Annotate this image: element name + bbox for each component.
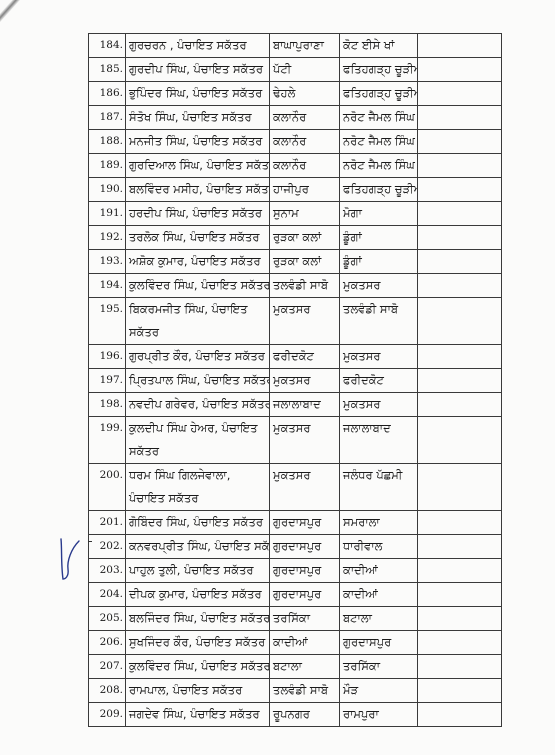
serial-number: 190. — [89, 178, 126, 202]
table-row: 206.ਸੁਖਜਿੰਦਰ ਕੌਰ, ਪੰਚਾਇਤ ਸਕੱਤਰਕਾਦੀਆਂਗੁਰਦ… — [89, 631, 502, 655]
name-designation: ਤਰਲੋਕ ਸਿੰਘ, ਪੰਚਾਇਤ ਸਕੱਤਰ — [126, 226, 270, 250]
table-row: 185.ਗੁਰਦੀਪ ਸਿੰਘ, ਪੰਚਾਇਤ ਸਕੱਤਰਪੱਟੀਫਤਿਹਗੜ੍… — [89, 58, 502, 82]
from-station: ਮੁਕਤਸਰ — [270, 464, 340, 511]
serial-number: 189. — [89, 154, 126, 178]
remarks-cell — [418, 130, 502, 154]
remarks-cell — [418, 464, 502, 511]
name-designation: ਕਨਵਰਪ੍ਰੀਤ ਸਿੰਘ, ਪੰਚਾਇਤ ਸਕੱਤਰ — [126, 535, 270, 559]
serial-number: 195. — [89, 298, 126, 345]
table-row: 189.ਗੁਰਦਿਆਲ ਸਿੰਘ, ਪੰਚਾਇਤ ਸਕੱਤਰਕਲਾਨੌਰਨਰੋਟ… — [89, 154, 502, 178]
table-row: 199.ਕੁਲਦੀਪ ਸਿੰਘ ਹੇਅਰ, ਪੰਚਾਇਤ ਸਕੱਤਰਮੁਕਤਸਰ… — [89, 417, 502, 464]
serial-number: 196. — [89, 345, 126, 369]
from-station: ਗੁਰਦਾਸਪੁਰ — [270, 535, 340, 559]
name-designation: ਪਾਹੁਲ ਤੁਲੀ, ਪੰਚਾਇਤ ਸਕੱਤਰ — [126, 559, 270, 583]
name-designation: ਕੁਲਦੀਪ ਸਿੰਘ ਹੇਅਰ, ਪੰਚਾਇਤ ਸਕੱਤਰ — [126, 417, 270, 464]
from-station: ਰੂਪਨਗਰ — [270, 703, 340, 727]
remarks-cell — [418, 202, 502, 226]
serial-number: 208. — [89, 679, 126, 703]
from-station: ਰੁੜਕਾ ਕਲਾਂ — [270, 226, 340, 250]
transfer-list-table: 184.ਗੁਰਚਰਨ , ਪੰਚਾਇਤ ਸਕੱਤਰਬਾਘਾਪੁਰਾਣਾਕੋਟ ਈ… — [88, 33, 502, 727]
table-row: 193.ਅਸ਼ੋਕ ਕੁਮਾਰ, ਪੰਚਾਇਤ ਸਕੱਤਰਰੁੜਕਾ ਕਲਾਂਡ… — [89, 250, 502, 274]
table-row: 188.ਮਨਜੀਤ ਸਿੰਘ, ਪੰਚਾਇਤ ਸਕੱਤਰਕਲਾਨੌਰਨਰੋਟ ਜ… — [89, 130, 502, 154]
name-designation: ਸੰਤੋਖ ਸਿੰਘ, ਪੰਚਾਇਤ ਸਕੱਤਰ — [126, 106, 270, 130]
to-station: ਜਲਾਲਾਬਾਦ — [340, 417, 418, 464]
table-row: 203.ਪਾਹੁਲ ਤੁਲੀ, ਪੰਚਾਇਤ ਸਕੱਤਰਗੁਰਦਾਸਪੁਰਕਾਦ… — [89, 559, 502, 583]
from-station: ਰੁੜਕਾ ਕਲਾਂ — [270, 250, 340, 274]
serial-number: 185. — [89, 58, 126, 82]
remarks-cell — [418, 369, 502, 393]
serial-number: 192. — [89, 226, 126, 250]
remarks-cell — [418, 106, 502, 130]
remarks-cell — [418, 34, 502, 58]
to-station: ਫਤਿਹਗੜ੍ਹ ਚੂੜੀਆਂ — [340, 82, 418, 106]
serial-number: 187. — [89, 106, 126, 130]
table-row: 200.ਧਰਮ ਸਿੰਘ ਗਿਲਜੇਵਾਲਾ, ਪੰਚਾਇਤ ਸਕੱਤਰਮੁਕਤ… — [89, 464, 502, 511]
margin-tick-mark — [88, 541, 92, 542]
remarks-cell — [418, 393, 502, 417]
from-station: ਬਟਾਲਾ — [270, 655, 340, 679]
name-designation: ਜਗਦੇਵ ਸਿੰਘ, ਪੰਚਾਇਤ ਸਕੱਤਰ — [126, 703, 270, 727]
name-designation: ਗੁਰਦੀਪ ਸਿੰਘ, ਪੰਚਾਇਤ ਸਕੱਤਰ — [126, 58, 270, 82]
to-station: ਮੁਕਤਸਰ — [340, 274, 418, 298]
serial-number: 193. — [89, 250, 126, 274]
to-station: ਫਤਿਹਗੜ੍ਹ ਚੂੜੀਆਂ — [340, 58, 418, 82]
serial-number: 203. — [89, 559, 126, 583]
to-station: ਨਰੋਟ ਜੈਮਲ ਸਿੰਘ — [340, 106, 418, 130]
name-designation: ਅਸ਼ੋਕ ਕੁਮਾਰ, ਪੰਚਾਇਤ ਸਕੱਤਰ — [126, 250, 270, 274]
name-designation: ਗੁਰਦਿਆਲ ਸਿੰਘ, ਪੰਚਾਇਤ ਸਕੱਤਰ — [126, 154, 270, 178]
paper-fold-shadow — [0, 0, 34, 140]
remarks-cell — [418, 154, 502, 178]
table-row: 202.ਕਨਵਰਪ੍ਰੀਤ ਸਿੰਘ, ਪੰਚਾਇਤ ਸਕੱਤਰਗੁਰਦਾਸਪੁ… — [89, 535, 502, 559]
serial-number: 197. — [89, 369, 126, 393]
remarks-cell — [418, 345, 502, 369]
name-designation: ਬਲਜਿੰਦਰ ਸਿੰਘ, ਪੰਚਾਇਤ ਸਕੱਤਰ — [126, 607, 270, 631]
serial-number: 200. — [89, 464, 126, 511]
to-station: ਡੂੰਗਾਂ — [340, 226, 418, 250]
from-station: ਹਾਜੀਪੁਰ — [270, 178, 340, 202]
to-station: ਨਰੋਟ ਜੈਮਲ ਸਿੰਘ — [340, 154, 418, 178]
to-station: ਤਰਸਿੱਕਾ — [340, 655, 418, 679]
table-row: 205.ਬਲਜਿੰਦਰ ਸਿੰਘ, ਪੰਚਾਇਤ ਸਕੱਤਰਤਰਸਿੱਕਾਬਟਾ… — [89, 607, 502, 631]
to-station: ਗੁਰਦਾਸਪੁਰ — [340, 631, 418, 655]
remarks-cell — [418, 298, 502, 345]
serial-number: 199. — [89, 417, 126, 464]
remarks-cell — [418, 58, 502, 82]
remarks-cell — [418, 631, 502, 655]
table-row: 190.ਬਲਵਿੰਦਰ ਮਸੀਹ, ਪੰਚਾਇਤ ਸਕੱਤਰਹਾਜੀਪੁਰਫਤਿ… — [89, 178, 502, 202]
name-designation: ਧਰਮ ਸਿੰਘ ਗਿਲਜੇਵਾਲਾ, ਪੰਚਾਇਤ ਸਕੱਤਰ — [126, 464, 270, 511]
serial-number: 207. — [89, 655, 126, 679]
table-row: 196.ਗੁਰਪ੍ਰੀਤ ਕੌਰ, ਪੰਚਾਇਤ ਸਕੱਤਰਫਰੀਦਕੋਟਮੁਕ… — [89, 345, 502, 369]
serial-number: 184. — [89, 34, 126, 58]
name-designation: ਗੁਰਪ੍ਰੀਤ ਕੌਰ, ਪੰਚਾਇਤ ਸਕੱਤਰ — [126, 345, 270, 369]
remarks-cell — [418, 679, 502, 703]
remarks-cell — [418, 417, 502, 464]
name-designation: ਦੀਪਕ ਕੁਮਾਰ, ਪੰਚਾਇਤ ਸਕੱਤਰ — [126, 583, 270, 607]
serial-number: 198. — [89, 393, 126, 417]
table-row: 192.ਤਰਲੋਕ ਸਿੰਘ, ਪੰਚਾਇਤ ਸਕੱਤਰਰੁੜਕਾ ਕਲਾਂਡੂ… — [89, 226, 502, 250]
to-station: ਜਲੰਧਰ ਪੱਛਮੀ — [340, 464, 418, 511]
from-station: ਮੁਕਤਸਰ — [270, 417, 340, 464]
to-station: ਤਲਵੰਡੀ ਸਾਬੋ — [340, 298, 418, 345]
remarks-cell — [418, 178, 502, 202]
remarks-cell — [418, 250, 502, 274]
remarks-cell — [418, 703, 502, 727]
remarks-cell — [418, 226, 502, 250]
serial-number: 188. — [89, 130, 126, 154]
remarks-cell — [418, 655, 502, 679]
to-station: ਕੋਟ ਈਸੇ ਖਾਂ — [340, 34, 418, 58]
serial-number: 204. — [89, 583, 126, 607]
table-row: 201.ਗੋਬਿੰਦਰ ਸਿੰਘ, ਪੰਚਾਇਤ ਸਕੱਤਰਗੁਰਦਾਸਪੁਰਸ… — [89, 511, 502, 535]
remarks-cell — [418, 607, 502, 631]
name-designation: ਰਾਮਪਾਲ, ਪੰਚਾਇਤ ਸਕੱਤਰ — [126, 679, 270, 703]
to-station: ਕਾਦੀਆਂ — [340, 559, 418, 583]
from-station: ਤਲਵੰਡੀ ਸਾਬੋ — [270, 274, 340, 298]
to-station: ਬਟਾਲਾ — [340, 607, 418, 631]
to-station: ਮੁਕਤਸਰ — [340, 393, 418, 417]
name-designation: ਨਵਦੀਪ ਗਰੇਵਰ, ਪੰਚਾਇਤ ਸਕੱਤਰ — [126, 393, 270, 417]
from-station: ਤਲਵੰਡੀ ਸਾਬੋ — [270, 679, 340, 703]
table-row: 195.ਬਿਕਰਮਜੀਤ ਸਿੰਘ, ਪੰਚਾਇਤ ਸਕੱਤਰਮੁਕਤਸਰਤਲਵ… — [89, 298, 502, 345]
from-station: ਕਾਦੀਆਂ — [270, 631, 340, 655]
name-designation: ਭੁਪਿੰਦਰ ਸਿੰਘ, ਪੰਚਾਇਤ ਸਕੱਤਰ — [126, 82, 270, 106]
table-row: 209.ਜਗਦੇਵ ਸਿੰਘ, ਪੰਚਾਇਤ ਸਕੱਤਰਰੂਪਨਗਰਰਾਮਪੁਰ… — [89, 703, 502, 727]
serial-number: 201. — [89, 511, 126, 535]
table-row: 184.ਗੁਰਚਰਨ , ਪੰਚਾਇਤ ਸਕੱਤਰਬਾਘਾਪੁਰਾਣਾਕੋਟ ਈ… — [89, 34, 502, 58]
table-row: 197.ਪ੍ਰਿਤਪਾਲ ਸਿੰਘ, ਪੰਚਾਇਤ ਸਕੱਤਰਮੁਕਤਸਰਫਰੀ… — [89, 369, 502, 393]
name-designation: ਕੁਲਵਿੰਦਰ ਸਿੰਘ, ਪੰਚਾਇਤ ਸਕੱਤਰ — [126, 274, 270, 298]
from-station: ਗੁਰਦਾਸਪੁਰ — [270, 559, 340, 583]
from-station: ਸੁਨਾਮ — [270, 202, 340, 226]
name-designation: ਗੁਰਚਰਨ , ਪੰਚਾਇਤ ਸਕੱਤਰ — [126, 34, 270, 58]
name-designation: ਪ੍ਰਿਤਪਾਲ ਸਿੰਘ, ਪੰਚਾਇਤ ਸਕੱਤਰ — [126, 369, 270, 393]
table-row: 208.ਰਾਮਪਾਲ, ਪੰਚਾਇਤ ਸਕੱਤਰਤਲਵੰਡੀ ਸਾਬੋਮੌੜ — [89, 679, 502, 703]
from-station: ਪੱਟੀ — [270, 58, 340, 82]
to-station: ਧਾਰੀਵਾਲ — [340, 535, 418, 559]
from-station: ਫਰੀਦਕੋਟ — [270, 345, 340, 369]
table-row: 186.ਭੁਪਿੰਦਰ ਸਿੰਘ, ਪੰਚਾਇਤ ਸਕੱਤਰਢੇਹਲੇਫਤਿਹਗ… — [89, 82, 502, 106]
serial-number: 186. — [89, 82, 126, 106]
from-station: ਮੁਕਤਸਰ — [270, 298, 340, 345]
name-designation: ਬਿਕਰਮਜੀਤ ਸਿੰਘ, ਪੰਚਾਇਤ ਸਕੱਤਰ — [126, 298, 270, 345]
to-station: ਰਾਮਪੁਰਾ — [340, 703, 418, 727]
from-station: ਕਲਾਨੌਰ — [270, 154, 340, 178]
serial-number: 194. — [89, 274, 126, 298]
from-station: ਜਲਾਲਾਬਾਦ — [270, 393, 340, 417]
remarks-cell — [418, 511, 502, 535]
to-station: ਮੁਕਤਸਰ — [340, 345, 418, 369]
name-designation: ਬਲਵਿੰਦਰ ਮਸੀਹ, ਪੰਚਾਇਤ ਸਕੱਤਰ — [126, 178, 270, 202]
remarks-cell — [418, 82, 502, 106]
from-station: ਮੁਕਤਸਰ — [270, 369, 340, 393]
remarks-cell — [418, 274, 502, 298]
from-station: ਬਾਘਾਪੁਰਾਣਾ — [270, 34, 340, 58]
table-row: 194.ਕੁਲਵਿੰਦਰ ਸਿੰਘ, ਪੰਚਾਇਤ ਸਕੱਤਰਤਲਵੰਡੀ ਸਾ… — [89, 274, 502, 298]
remarks-cell — [418, 535, 502, 559]
table-row: 191.ਹਰਦੀਪ ਸਿੰਘ, ਪੰਚਾਇਤ ਸਕੱਤਰਸੁਨਾਮਮੋਗਾ — [89, 202, 502, 226]
to-station: ਮੌੜ — [340, 679, 418, 703]
serial-number: 205. — [89, 607, 126, 631]
serial-number: 206. — [89, 631, 126, 655]
to-station: ਨਰੋਟ ਜੈਮਲ ਸਿੰਘ — [340, 130, 418, 154]
remarks-cell — [418, 583, 502, 607]
table-row: 204.ਦੀਪਕ ਕੁਮਾਰ, ਪੰਚਾਇਤ ਸਕੱਤਰਗੁਰਦਾਸਪੁਰਕਾਦ… — [89, 583, 502, 607]
to-station: ਫਤਿਹਗੜ੍ਹ ਚੂੜੀਆਂ — [340, 178, 418, 202]
name-designation: ਕੁਲਵਿੰਦਰ ਸਿੰਘ, ਪੰਚਾਇਤ ਸਕੱਤਰ — [126, 655, 270, 679]
to-station: ਸਮਰਾਲਾ — [340, 511, 418, 535]
from-station: ਗੁਰਦਾਸਪੁਰ — [270, 511, 340, 535]
name-designation: ਸੁਖਜਿੰਦਰ ਕੌਰ, ਪੰਚਾਇਤ ਸਕੱਤਰ — [126, 631, 270, 655]
from-station: ਤਰਸਿੱਕਾ — [270, 607, 340, 631]
serial-number: 209. — [89, 703, 126, 727]
to-station: ਮੋਗਾ — [340, 202, 418, 226]
name-designation: ਮਨਜੀਤ ਸਿੰਘ, ਪੰਚਾਇਤ ਸਕੱਤਰ — [126, 130, 270, 154]
name-designation: ਗੋਬਿੰਦਰ ਸਿੰਘ, ਪੰਚਾਇਤ ਸਕੱਤਰ — [126, 511, 270, 535]
from-station: ਗੁਰਦਾਸਪੁਰ — [270, 583, 340, 607]
serial-number: 202. — [89, 535, 126, 559]
handwritten-initial-icon — [57, 535, 81, 583]
name-designation: ਹਰਦੀਪ ਸਿੰਘ, ਪੰਚਾਇਤ ਸਕੱਤਰ — [126, 202, 270, 226]
to-station: ਫਰੀਦਕੋਟ — [340, 369, 418, 393]
table-row: 207.ਕੁਲਵਿੰਦਰ ਸਿੰਘ, ਪੰਚਾਇਤ ਸਕੱਤਰਬਟਾਲਾਤਰਸਿ… — [89, 655, 502, 679]
to-station: ਡੂੰਗਾਂ — [340, 250, 418, 274]
table-body: 184.ਗੁਰਚਰਨ , ਪੰਚਾਇਤ ਸਕੱਤਰਬਾਘਾਪੁਰਾਣਾਕੋਟ ਈ… — [89, 34, 502, 727]
table-row: 187.ਸੰਤੋਖ ਸਿੰਘ, ਪੰਚਾਇਤ ਸਕੱਤਰਕਲਾਨੌਰਨਰੋਟ ਜ… — [89, 106, 502, 130]
from-station: ਢੇਹਲੇ — [270, 82, 340, 106]
remarks-cell — [418, 559, 502, 583]
table-row: 198.ਨਵਦੀਪ ਗਰੇਵਰ, ਪੰਚਾਇਤ ਸਕੱਤਰਜਲਾਲਾਬਾਦਮੁਕ… — [89, 393, 502, 417]
serial-number: 191. — [89, 202, 126, 226]
from-station: ਕਲਾਨੌਰ — [270, 106, 340, 130]
from-station: ਕਲਾਨੌਰ — [270, 130, 340, 154]
to-station: ਕਾਦੀਆਂ — [340, 583, 418, 607]
